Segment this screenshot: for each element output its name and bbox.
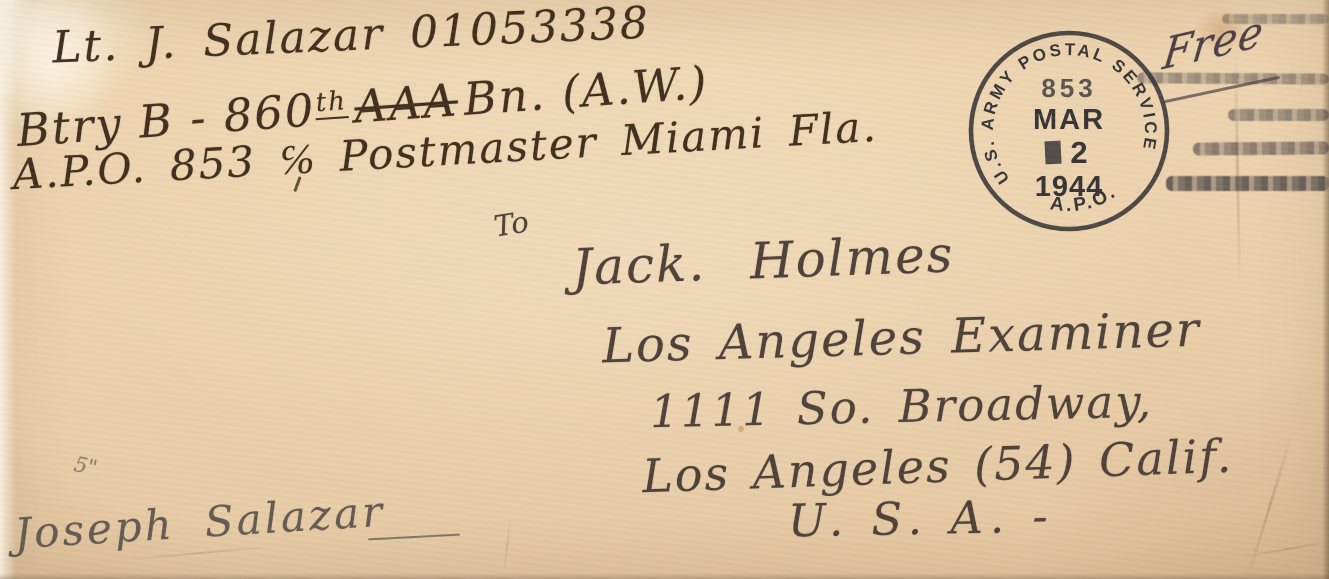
crease-line — [1245, 431, 1294, 579]
pencil-mark: 5" — [72, 454, 99, 479]
sender-signature: Joseph Salazar — [13, 491, 386, 556]
recipient-organization: Los Angeles Examiner — [601, 306, 1201, 371]
postmark-month: MAR — [1033, 104, 1105, 136]
army-postmark-stamp: U.S. ARMY POSTAL SERVICE A.P.O. 853 MAR … — [964, 26, 1174, 236]
ink-blot — [1044, 141, 1061, 165]
struck-out-text: AAA — [353, 73, 460, 133]
postmark-day: 2 — [1070, 135, 1087, 170]
ordinal-suffix: th — [314, 86, 349, 120]
to-label: To — [492, 207, 531, 241]
recipient-country: U. S. A. - — [788, 494, 1055, 544]
postmark-year: 1944 — [1035, 171, 1104, 203]
crease-line — [502, 516, 512, 578]
right-paper-edge — [1322, 0, 1329, 579]
torn-corner-highlight — [0, 0, 34, 95]
bottom-paper-edge — [0, 573, 1329, 579]
recipient-name: Jack. Holmes — [571, 229, 955, 292]
postmark-station-number: 853 — [1041, 73, 1096, 103]
free-frank-text: Free — [1161, 9, 1267, 77]
return-address-line1: Lt. J. Salazar 01053338 — [51, 1, 650, 70]
cancellation-bar — [1166, 176, 1329, 191]
cancellation-bar — [1228, 109, 1329, 121]
recipient-city: Los Angeles (54) Calif. — [641, 433, 1233, 500]
recipient-street: 1111 So. Broadway, — [650, 379, 1154, 435]
cancellation-bar — [1193, 141, 1329, 155]
envelope-scan: Lt. J. Salazar 01053338 Btry B - 860thAA… — [0, 0, 1329, 579]
